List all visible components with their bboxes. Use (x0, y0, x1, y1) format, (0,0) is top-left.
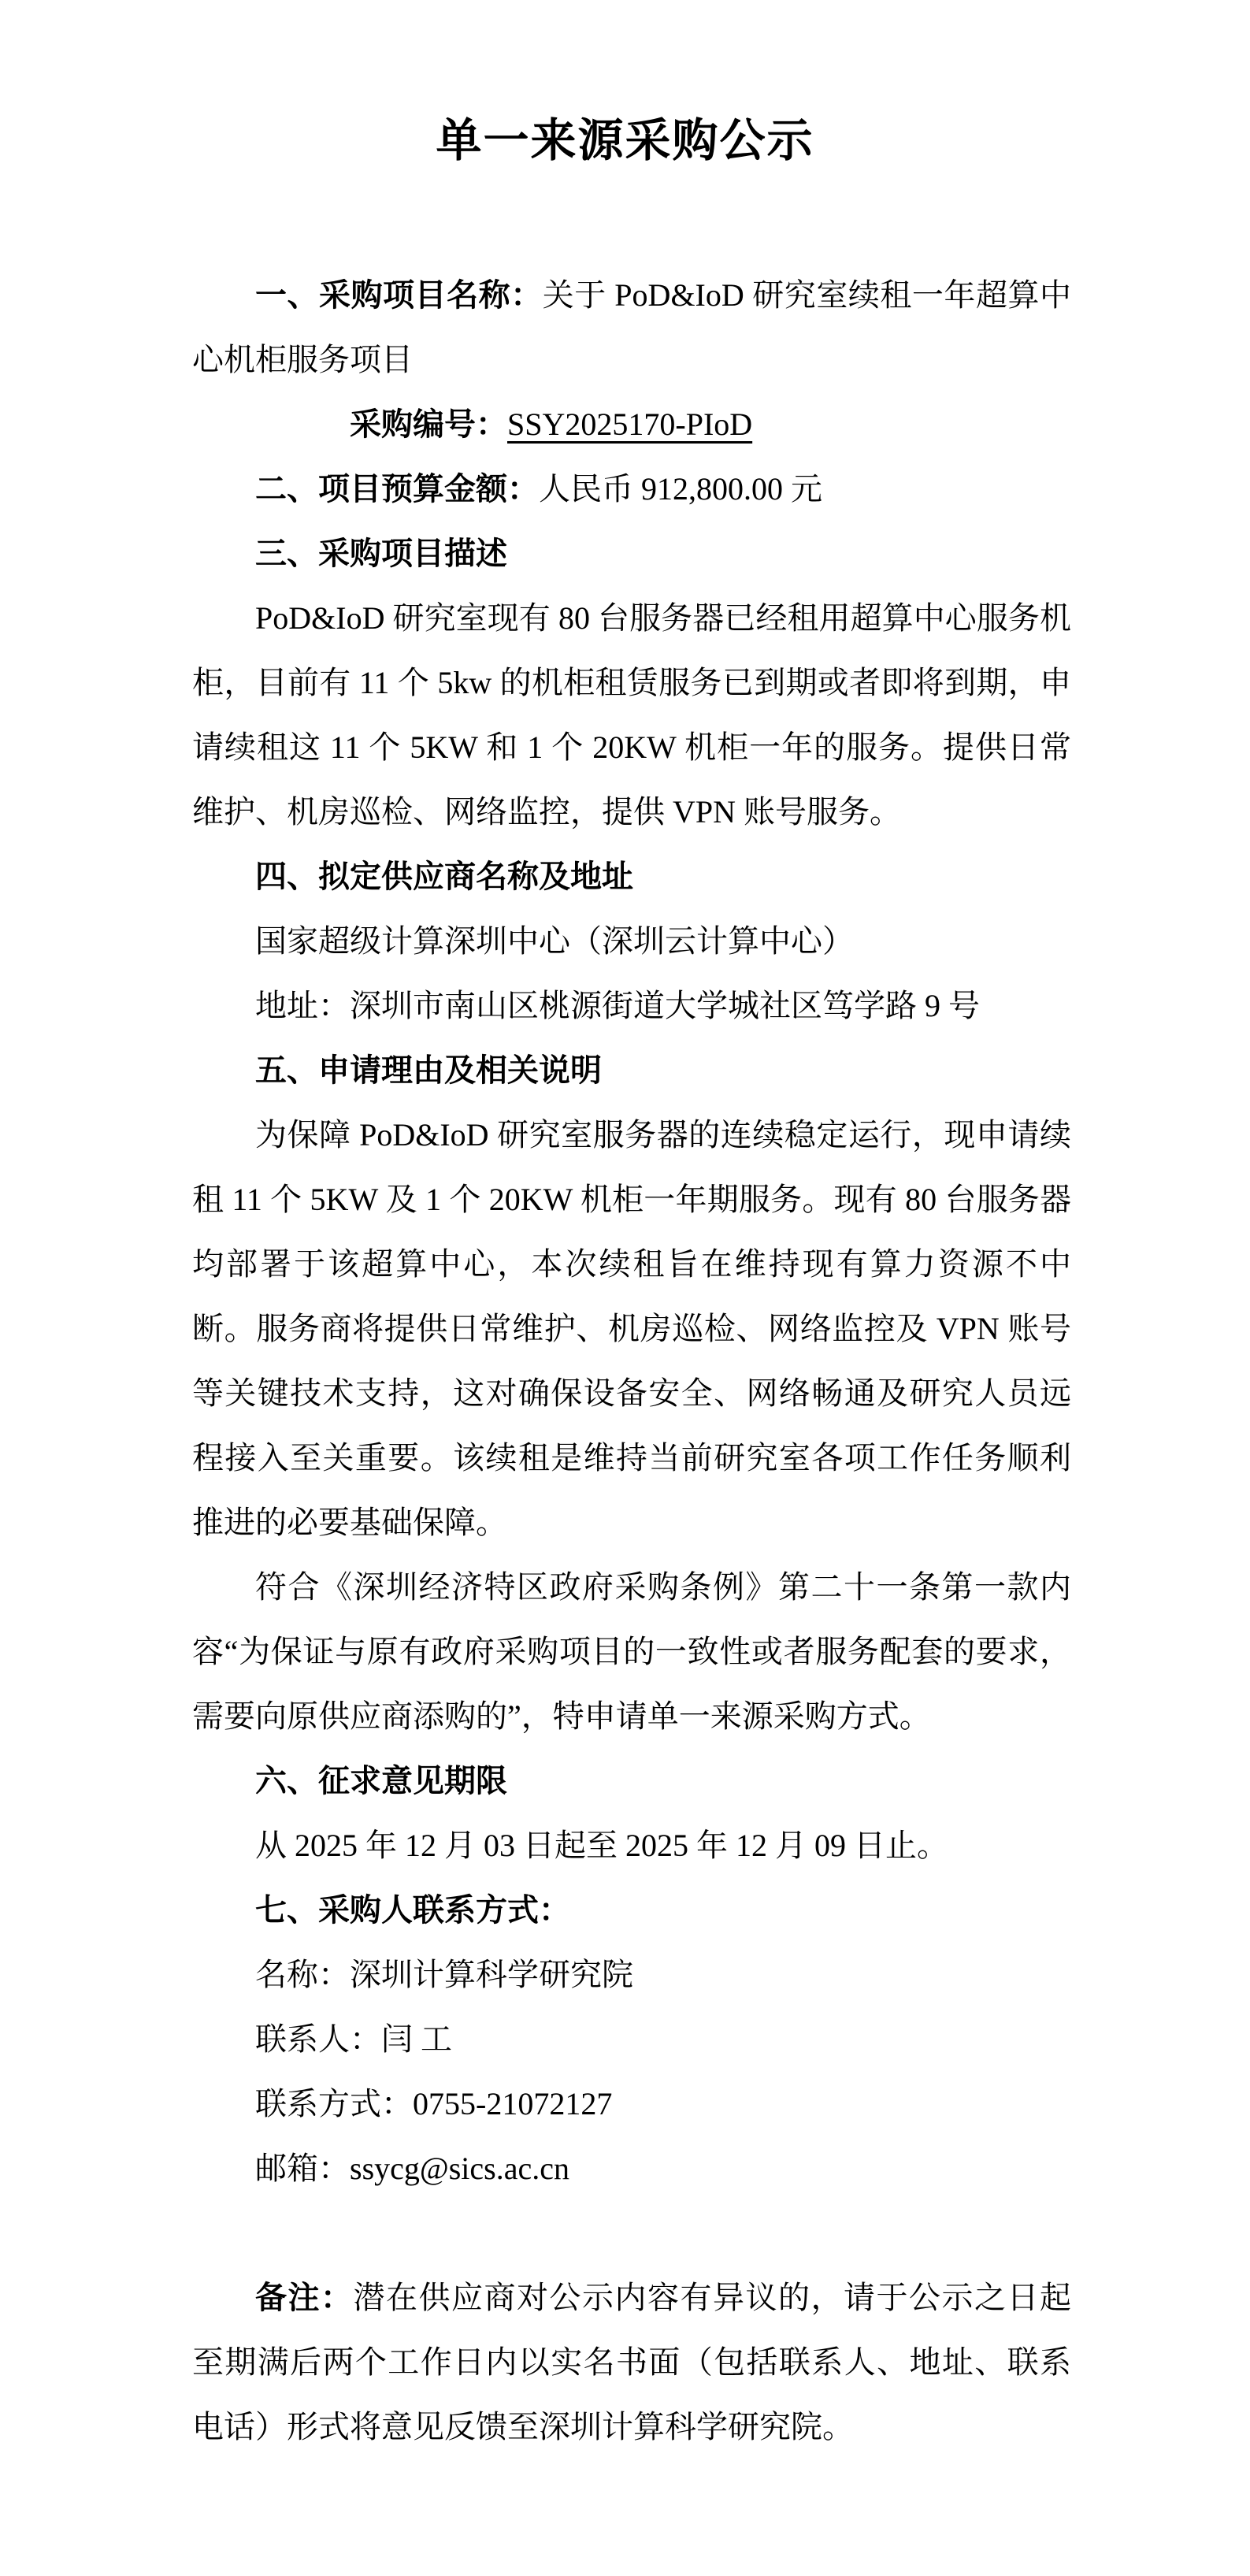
comment-period-line: 从 2025 年 12 月 03 日起至 2025 年 12 月 09 日止。 (192, 1813, 1071, 1878)
description-paragraph: PoD&IoD 研究室现有 80 台服务器已经租用超算中心服务机柜，目前有 11… (192, 586, 1071, 844)
reason-heading-text: 五、申请理由及相关说明 (255, 1053, 602, 1088)
reason-paragraph-2: 符合《深圳经济特区政府采购条例》第二十一条第一款内容“为保证与原有政府采购项目的… (192, 1555, 1071, 1749)
contact-person-line: 联系人：闫 工 (192, 2007, 1071, 2072)
procurement-number-line: 采购编号：SSY2025170-PIoD (192, 392, 1071, 457)
remark-paragraph: 备注：潜在供应商对公示内容有异议的，请于公示之日起至期满后两个工作日内以实名书面… (192, 2266, 1071, 2459)
procurement-number-label: 采购编号： (350, 407, 507, 442)
budget-text: 人民币 912,800.00 元 (539, 471, 822, 507)
reason-paragraph-1: 为保障 PoD&IoD 研究室服务器的连续稳定运行，现申请续租 11 个 5KW… (192, 1103, 1071, 1555)
document-page: 单一来源采购公示 一、采购项目名称：关于 PoD&IoD 研究室续租一年超算中心… (0, 0, 1250, 2576)
supplier-heading-text: 四、拟定供应商名称及地址 (255, 859, 633, 894)
contact-email-line: 邮箱：ssycg@sics.ac.cn (192, 2136, 1071, 2201)
project-name-label: 一、采购项目名称： (255, 278, 543, 313)
procurement-number-value: SSY2025170-PIoD (507, 406, 752, 442)
budget-label: 二、项目预算金额： (255, 472, 539, 507)
remark-label: 备注： (255, 2281, 354, 2315)
contact-phone-line: 联系方式：0755-21072127 (192, 2072, 1071, 2136)
supplier-name-line: 国家超级计算深圳中心（深圳云计算中心） (192, 909, 1071, 974)
description-heading: 三、采购项目描述 (192, 522, 1071, 586)
comment-period-heading-text: 六、征求意见期限 (255, 1764, 507, 1798)
description-heading-text: 三、采购项目描述 (255, 536, 507, 571)
supplier-heading: 四、拟定供应商名称及地址 (192, 844, 1071, 909)
budget-line: 二、项目预算金额：人民币 912,800.00 元 (192, 457, 1071, 522)
reason-heading: 五、申请理由及相关说明 (192, 1038, 1071, 1103)
document-body: 一、采购项目名称：关于 PoD&IoD 研究室续租一年超算中心机柜服务项目 采购… (0, 263, 1250, 2459)
contact-name-line: 名称：深圳计算科学研究院 (192, 1943, 1071, 2007)
supplier-address-line: 地址：深圳市南山区桃源街道大学城社区笃学路 9 号 (192, 974, 1071, 1038)
contact-heading-text: 七、采购人联系方式： (255, 1893, 570, 1928)
comment-period-heading: 六、征求意见期限 (192, 1749, 1071, 1813)
document-title: 单一来源采购公示 (0, 0, 1250, 164)
project-name-paragraph: 一、采购项目名称：关于 PoD&IoD 研究室续租一年超算中心机柜服务项目 (192, 263, 1071, 392)
contact-heading: 七、采购人联系方式： (192, 1878, 1071, 1943)
